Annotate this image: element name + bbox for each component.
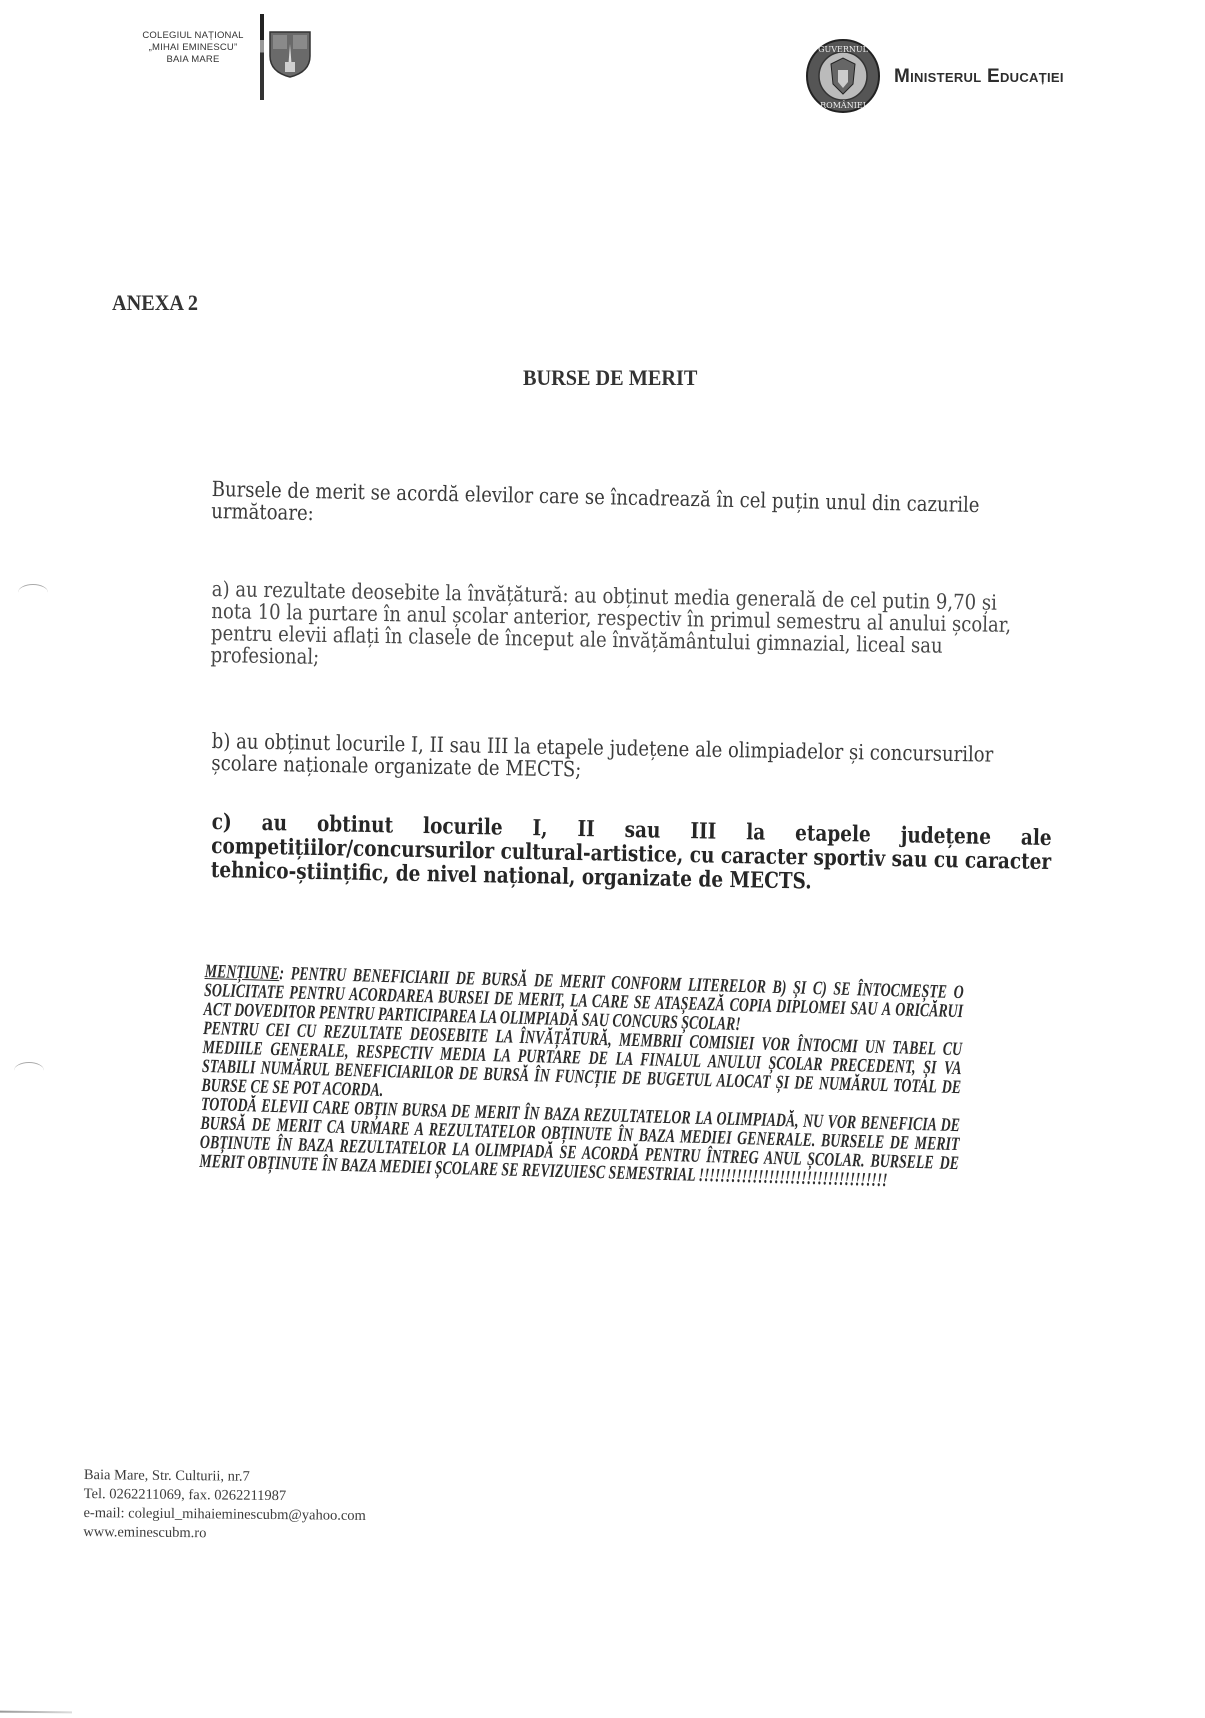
ministry-name: Ministerul Educației (894, 66, 1064, 88)
government-seal-icon: GUVERNUL ROMÂNIEI (805, 38, 881, 114)
scan-mark (18, 584, 48, 601)
footer-website[interactable]: www.eminescubm.ro (83, 1523, 366, 1545)
criterion-c: c) au obtinut locurile I, II sau III la … (211, 810, 1052, 898)
svg-text:ROMÂNIEI: ROMÂNIEI (820, 101, 866, 110)
school-name: COLEGIUL NAȚIONAL „MIHAI EMINESCU” BAIA … (128, 30, 258, 66)
header-divider (260, 14, 264, 100)
annex-label: ANEXA 2 (112, 290, 198, 316)
scan-edge (0, 1711, 72, 1714)
note-block: MENȚIUNE: PENTRU BENEFICIARII DE BURSĂ D… (199, 962, 964, 1192)
criterion-a: a) au rezultate deosebite la învățătură:… (210, 578, 1037, 680)
school-name-line: „MIHAI EMINESCU” (128, 42, 258, 54)
school-name-line: BAIA MARE (128, 54, 258, 66)
intro-paragraph: Bursele de merit se acordă elevilor care… (211, 478, 1037, 539)
scan-mark (14, 1062, 44, 1079)
svg-text:GUVERNUL: GUVERNUL (818, 45, 869, 54)
school-crest-icon (268, 30, 312, 78)
document-title: BURSE DE MERIT (523, 365, 697, 391)
school-name-line: COLEGIUL NAȚIONAL (128, 30, 258, 42)
criterion-b: b) au obținut locurile I, II sau III la … (211, 730, 1037, 788)
footer-contact: Baia Mare, Str. Culturii, nr.7 Tel. 0262… (83, 1466, 366, 1545)
